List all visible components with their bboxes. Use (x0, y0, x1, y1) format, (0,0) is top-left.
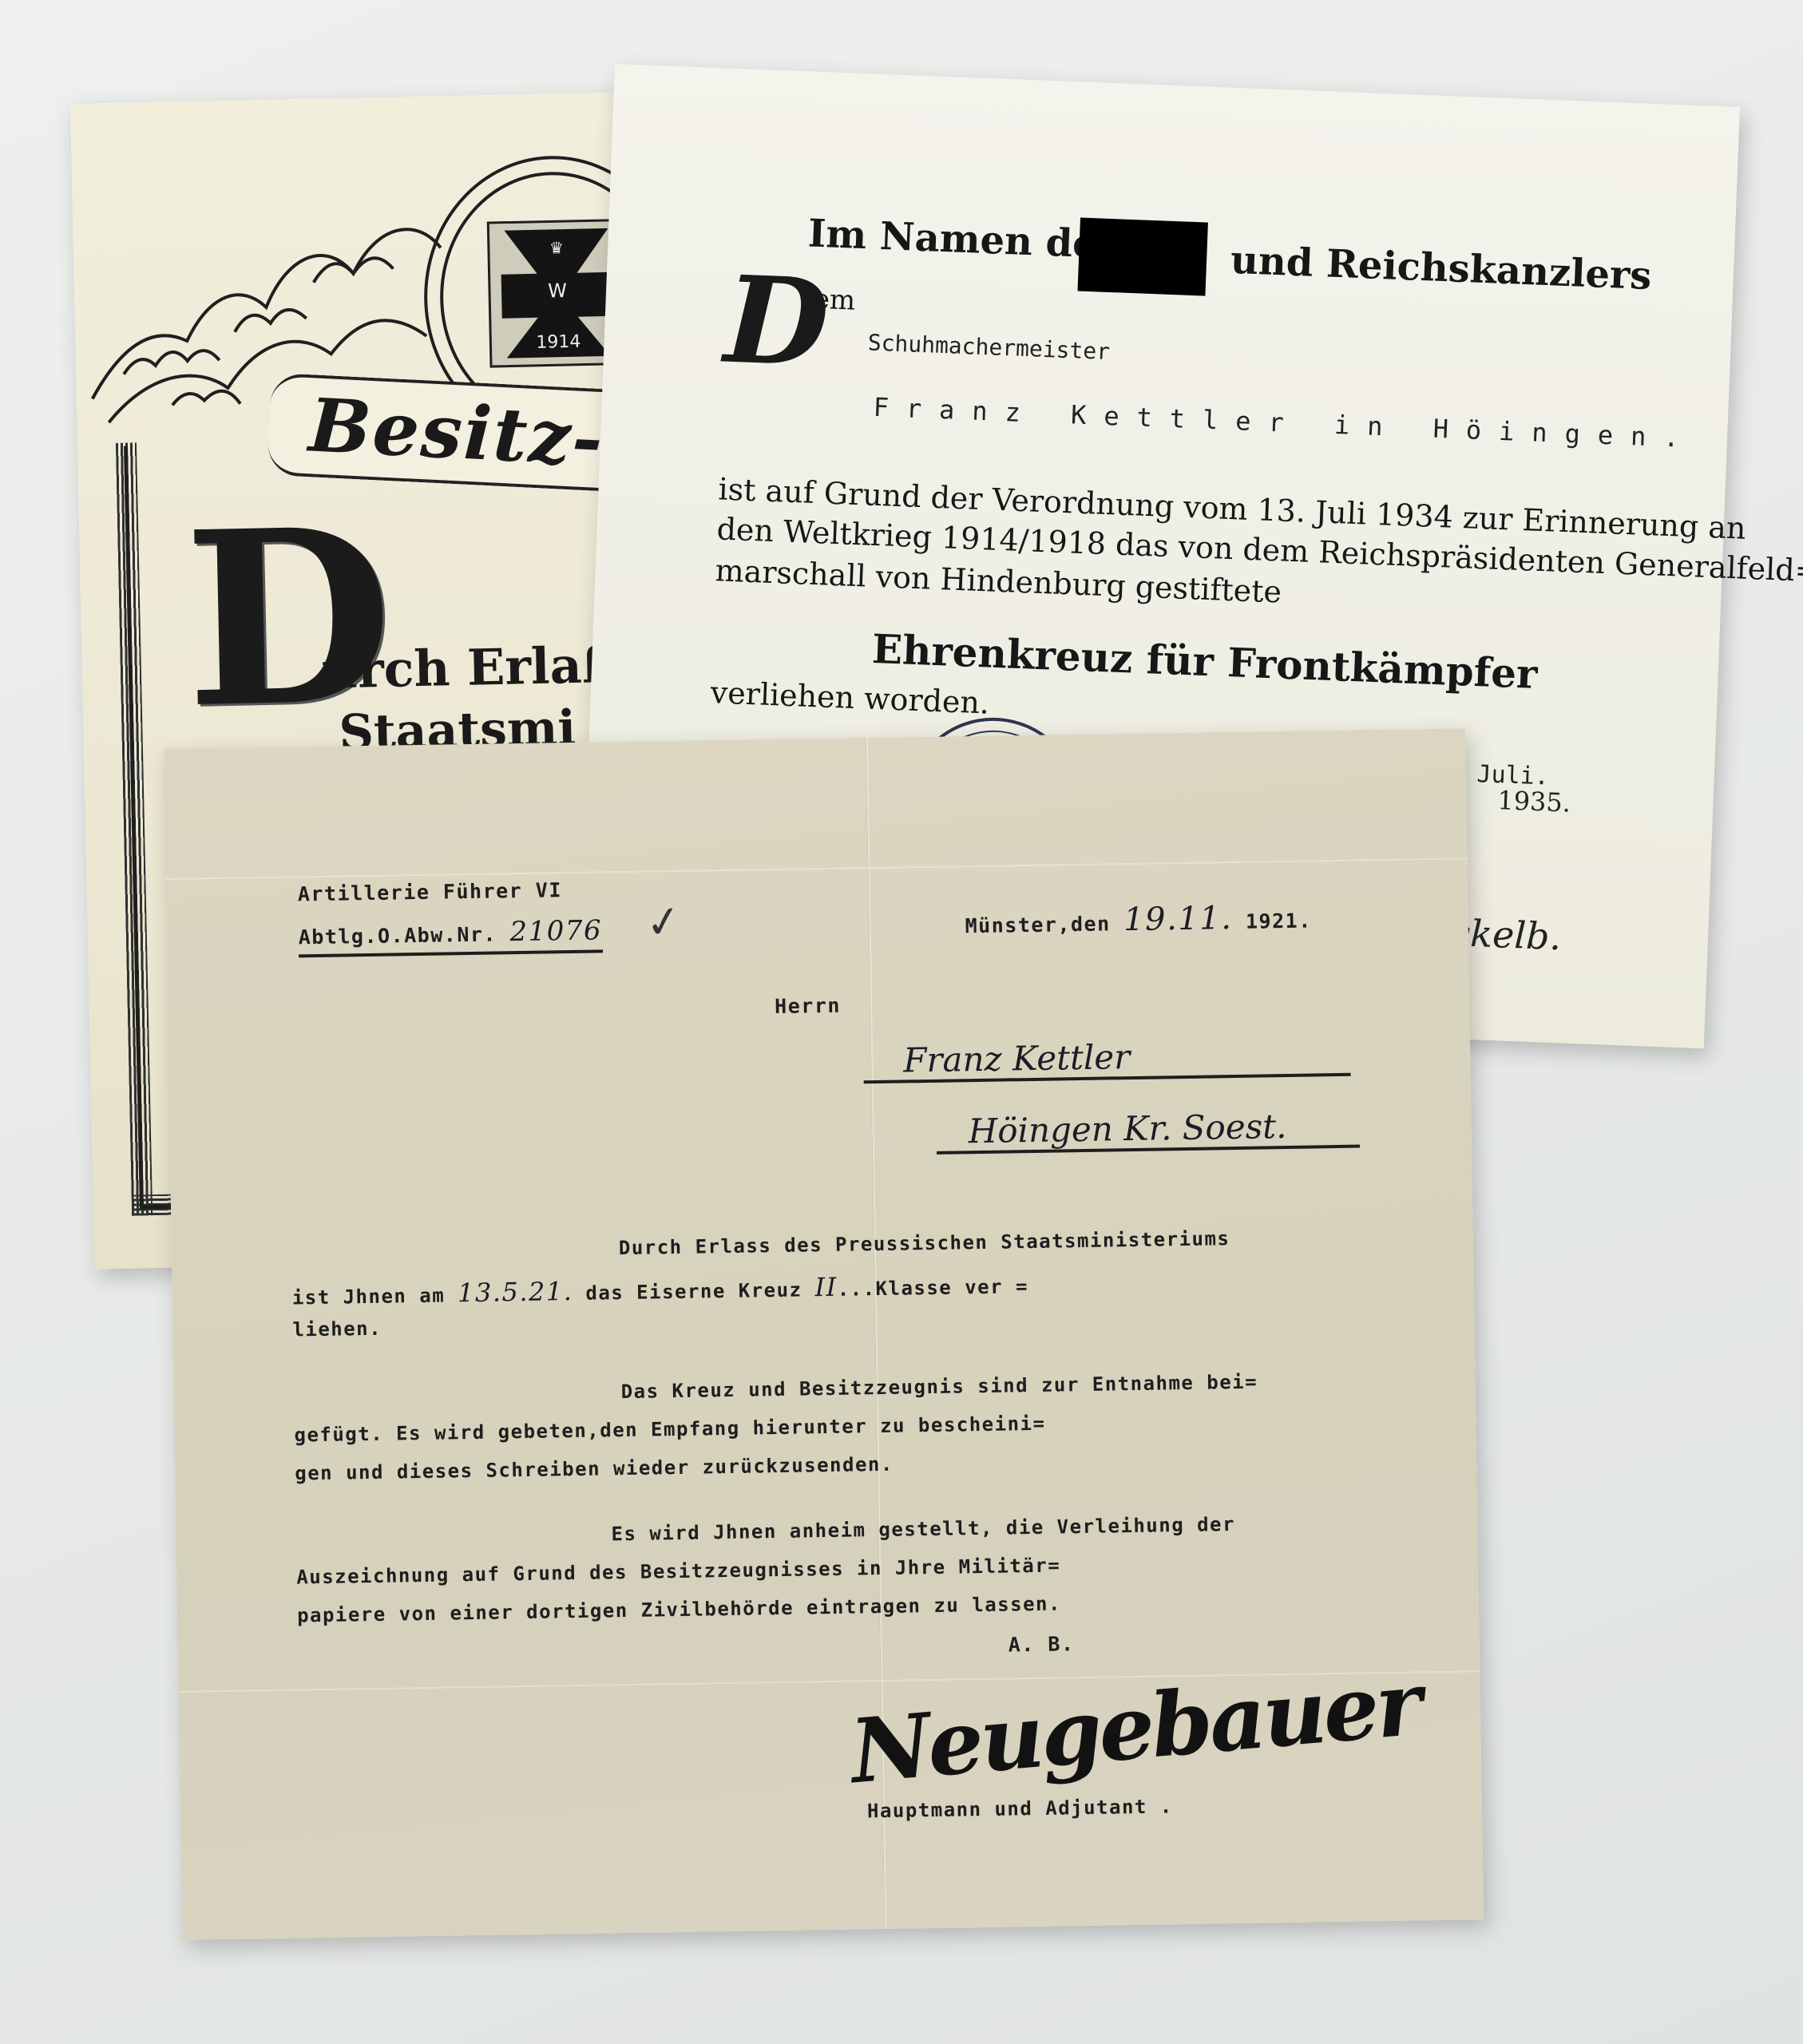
letter-paragraph-line: gen und dieses Schreiben wieder zurückzu… (295, 1453, 894, 1485)
letter-reference: Abtlg.O.Abw.Nr. 21076 (298, 914, 602, 957)
letter-on-behalf: A. B. (1008, 1632, 1075, 1656)
letter-paragraph-line: Das Kreuz und Besitzzeugnis sind zur Ent… (620, 1371, 1258, 1404)
letter-salutation: Herrn (775, 994, 841, 1018)
award-year: 1935. (1497, 785, 1571, 818)
award-salutation-initial: D (723, 260, 831, 384)
text-segment: das Eiserne Kreuz (585, 1279, 802, 1305)
letter-addressee-place: Höingen Kr. Soest. (936, 1106, 1360, 1155)
certificate-initial: D (182, 497, 394, 740)
letter-signature: Neugebauer (846, 1652, 1423, 1803)
svg-text:W: W (548, 279, 567, 302)
redaction-box (1078, 218, 1208, 296)
letter-year: 1921. (1246, 909, 1312, 933)
award-recipient-title: Schuhmachermeister (867, 329, 1110, 365)
letter-paragraph-line: Auszeichnung auf Grund des Besitzzeugnis… (296, 1554, 1060, 1588)
fold-line (166, 858, 1468, 880)
text-segment: ist Jhnen am (292, 1285, 446, 1309)
award-date-handwritten: 13.5.21. (458, 1276, 573, 1308)
award-recipient-name: Franz Kettler in Höingen. (873, 392, 1697, 454)
letter-place: Münster,den (965, 912, 1111, 937)
letter-reference-label: Abtlg.O.Abw.Nr. (298, 922, 497, 949)
letter-signer-rank: Hauptmann und Adjutant . (867, 1795, 1173, 1822)
checkmark-icon: ✓ (642, 894, 685, 949)
letter-date-handwritten: 19.11. (1123, 900, 1233, 938)
award-heading-prefix: Im Namen des (807, 211, 1119, 267)
letter-paragraph-line: liehen. (292, 1317, 382, 1341)
letter-paragraph-line: gefügt. Es wird gebeten,den Empfang hier… (294, 1412, 1045, 1447)
letter-dateline: Münster,den 19.11. 1921. (965, 898, 1312, 941)
svg-text:1914: 1914 (536, 332, 581, 353)
letter-paragraph-line: Es wird Jhnen anheim gestellt, die Verle… (611, 1513, 1235, 1545)
award-closing: verliehen worden. (710, 675, 990, 720)
award-heading-suffix: und Reichskanzlers (1230, 238, 1652, 299)
iron-cross-transmittal-letter: Artillerie Führer VI Abtlg.O.Abw.Nr. 210… (164, 728, 1484, 1939)
letter-paragraph-line: papiere von einer dortigen Zivilbehörde … (297, 1592, 1061, 1626)
award-class-handwritten: II (814, 1272, 838, 1302)
letter-paragraph-line: Durch Erlass des Preussischen Staatsmini… (619, 1227, 1230, 1259)
svg-text:♛: ♛ (549, 238, 564, 257)
letter-unit: Artillerie Führer VI (298, 878, 562, 905)
award-salutation: em (813, 283, 856, 317)
text-segment: ...Klasse ver = (837, 1275, 1028, 1301)
letter-paragraph-line: ist Jhnen am 13.5.21. das Eiserne Kreuz … (291, 1269, 1028, 1310)
letter-addressee-name: Franz Kettler (863, 1034, 1351, 1084)
letter-reference-number: 21076 (509, 914, 602, 948)
